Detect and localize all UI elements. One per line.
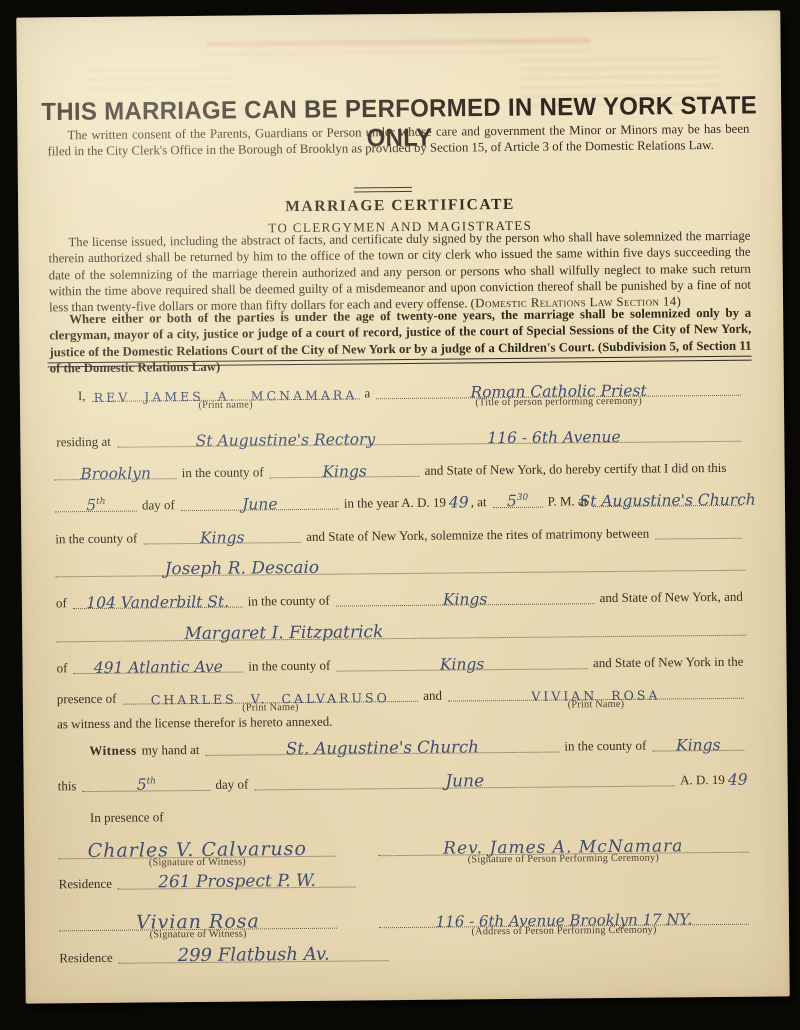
- county-value-4: Kings: [440, 657, 485, 673]
- day-2-field: 5th: [82, 773, 210, 792]
- witness-place-field: St. Augustine's Church: [205, 735, 559, 756]
- month-value: June: [242, 497, 278, 513]
- residence-label-1: Residence: [59, 877, 116, 891]
- city-county-row: Brooklyn in the county of Kings and Stat…: [55, 455, 745, 481]
- addr-person-caption: (Address of Person Performing Ceremony): [471, 926, 656, 938]
- officiant-name-field: Rev James A. McNamara (Print name): [91, 381, 359, 402]
- in-presence-of-label: In presence of: [88, 810, 167, 824]
- presence-of-label: presence of: [57, 692, 120, 706]
- sig-witness-caption-2: (Signature of Witness): [150, 930, 247, 941]
- month-2-value: June: [445, 773, 484, 790]
- solemnize-row: in the county of Kings and State of New …: [55, 520, 745, 546]
- witness-date-row: this 5th day of June A. D. 1949: [58, 767, 748, 793]
- in-presence-row: In presence of: [58, 799, 748, 825]
- of-label-2: of: [56, 661, 70, 674]
- month-2-field: June: [254, 768, 675, 790]
- witness-2-field: Vivian Rosa (Print Name): [448, 681, 744, 702]
- day-value: 5th: [86, 498, 105, 514]
- city-value: Brooklyn: [80, 466, 151, 482]
- comma-at-label: , at: [469, 495, 490, 508]
- county-value-5: Kings: [676, 737, 721, 753]
- bride-name-value: Margaret I. Fitzpatrick: [184, 624, 383, 643]
- sig-person-caption: (Signature of Person Performing Ceremony…: [468, 854, 659, 866]
- day-field: 5th: [55, 494, 137, 513]
- between-trailing-line: [655, 521, 742, 540]
- residence-label-2: Residence: [59, 951, 116, 965]
- ceremony-place-field: St Augustine's Church: [593, 488, 742, 507]
- county-field-2: Kings: [143, 525, 301, 545]
- annexed-row: as witness and the license therefor is h…: [57, 705, 747, 731]
- county-field-1: Kings: [270, 459, 420, 478]
- county-value-2: Kings: [200, 530, 245, 546]
- date-time-row: 5th day of June in the year A. D. 1949, …: [55, 487, 745, 513]
- day-of-label-2: day of: [213, 777, 251, 790]
- witness-hand-row: Witness my hand at St. Augustine's Churc…: [57, 732, 747, 758]
- month-field: June: [181, 492, 339, 512]
- county-label-3: in the county of: [246, 594, 333, 608]
- witness-1-field: Charles V. Calvaruso (Print Name): [122, 684, 418, 705]
- year-2-value: 49: [728, 772, 748, 788]
- county-field-3: Kings: [336, 586, 595, 606]
- groom-address-field: 104 Vanderbilt St.: [73, 590, 243, 610]
- county-label-5: in the county of: [562, 739, 649, 753]
- bride-name-field: Margaret I. Fitzpatrick: [56, 618, 746, 643]
- day-2-value: 5th: [137, 778, 156, 794]
- officiant-signature-field: Rev. James A. McNamara (Signature of Per…: [378, 835, 748, 857]
- day-of-label: day of: [140, 498, 178, 511]
- officiant-address-field: 116 - 6th Avenue Brooklyn 17 NY. (Addres…: [379, 907, 749, 929]
- residing-field: St Augustine's Rectory 116 - 6th Avenue: [117, 424, 742, 448]
- residing-place-value: St Augustine's Rectory: [196, 432, 376, 449]
- groom-name-value: Joseph R. Descaio: [165, 560, 320, 578]
- witness-2-residence-field: 299 Flatbush Av.: [119, 943, 389, 964]
- residence-row-2: Residence 299 Flatbush Av.: [59, 939, 749, 965]
- state-in-the-label: and State of New York in the: [591, 655, 747, 669]
- county-field-5: Kings: [652, 733, 744, 752]
- i-label: I,: [76, 389, 89, 402]
- title-of-person-caption: (Title of person performing ceremony): [475, 397, 642, 409]
- section-divider: [354, 187, 412, 193]
- groom-name-row: Joseph R. Descaio: [55, 552, 745, 578]
- witness-place-value: St. Augustine's Church: [286, 739, 479, 757]
- consent-paragraph: The written consent of the Parents, Guar…: [47, 121, 749, 160]
- officiant-row: I, Rev James A. McNamara (Print name) a …: [54, 377, 744, 403]
- bride-name-row: Margaret I. Fitzpatrick: [56, 617, 746, 643]
- bride-address-value: 491 Atlantic Ave: [94, 659, 223, 676]
- residing-row: residing at St Augustine's Rectory 116 -…: [54, 423, 744, 449]
- ad-19-label: A. D. 19: [678, 773, 728, 786]
- bride-address-row: of 491 Atlantic Ave in the county of Kin…: [56, 649, 746, 675]
- witness-printed-row: presence of Charles V. Calvaruso (Print …: [57, 680, 747, 706]
- license-paragraph: The license issued, including the abstra…: [48, 228, 751, 316]
- this-label: this: [58, 779, 80, 792]
- county-value-1: Kings: [322, 464, 367, 480]
- witness-2-signature-field: Vivian Rosa (Signature of Witness): [59, 911, 337, 932]
- bleed-through-top: [207, 38, 591, 55]
- time-value: 530: [507, 494, 528, 510]
- county-field-4: Kings: [336, 651, 588, 671]
- witness-word: Witness: [87, 744, 139, 758]
- groom-name-field: Joseph R. Descaio: [55, 553, 745, 578]
- state-and-label: and State of New York, and: [597, 590, 745, 604]
- county-value-3: Kings: [443, 592, 488, 608]
- ceremony-place-value: St Augustine's Church: [579, 492, 755, 509]
- print-name-caption: (Print name): [198, 400, 252, 411]
- residing-street-value: 116 - 6th Avenue: [487, 429, 620, 446]
- sig-witness-caption-1: (Signature of Witness): [149, 858, 246, 869]
- county-label-2: in the county of: [55, 532, 140, 546]
- county-label-1: in the county of: [180, 465, 267, 479]
- a-label: a: [362, 386, 373, 399]
- annexed-text: as witness and the license therefor is h…: [57, 715, 336, 731]
- bride-address-field: 491 Atlantic Ave: [73, 655, 243, 675]
- city-field: Brooklyn: [55, 461, 177, 480]
- county-label-4: in the county of: [246, 659, 333, 673]
- of-label-1: of: [56, 596, 70, 609]
- officiant-title-field: Roman Catholic Priest (Title of person p…: [376, 378, 741, 399]
- residing-at-label: residing at: [54, 435, 114, 449]
- my-hand-at-label: my hand at: [140, 743, 203, 757]
- witness-2-residence-value: 299 Flatbush Av.: [178, 946, 330, 965]
- and-label: and: [421, 689, 445, 702]
- certificate-heading: MARRIAGE CERTIFICATE: [18, 193, 782, 218]
- signature-row-2: Vivian Rosa (Signature of Witness) 116 -…: [59, 899, 749, 932]
- certificate-page: THIS MARRIAGE CAN BE PERFORMED IN NEW YO…: [16, 10, 789, 1003]
- signature-row-1: Charles V. Calvaruso (Signature of Witne…: [58, 827, 748, 860]
- state-certify-label: and State of New York, do hereby certify…: [423, 461, 730, 477]
- witness-1-residence-field: 261 Prospect P. W.: [118, 869, 356, 889]
- witness-1-residence-value: 261 Prospect P. W.: [158, 873, 316, 892]
- time-field: 530: [492, 490, 542, 508]
- witness-1-signature-field: Charles V. Calvaruso (Signature of Witne…: [58, 839, 336, 860]
- state-solemnize-label: and State of New York, solemnize the rit…: [304, 527, 652, 543]
- bleed-through-left: [87, 68, 237, 95]
- groom-address-row: of 104 Vanderbilt St. in the county of K…: [56, 584, 746, 610]
- year-value: 49: [449, 495, 469, 511]
- year-ad-label: in the year A. D. 19: [342, 496, 449, 510]
- groom-address-value: 104 Vanderbilt St.: [86, 594, 229, 611]
